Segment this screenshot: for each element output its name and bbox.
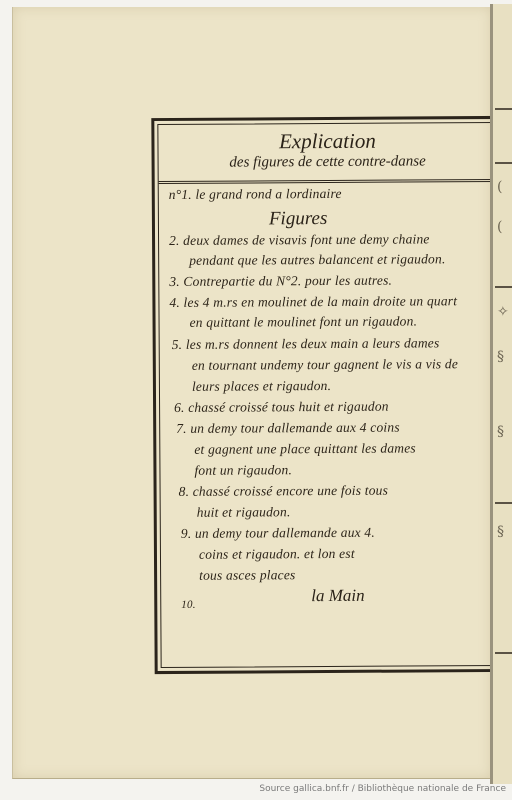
figure-line-9c: tous asces places — [199, 567, 295, 584]
facing-rule — [495, 502, 512, 504]
figure-line-8b: huit et rigaudon. — [197, 504, 291, 521]
page-title: Explication — [158, 129, 496, 153]
figure-line-3: 3. Contrepartie du N°2. pour les autres. — [169, 273, 392, 290]
figure-line-4: 4. les 4 m.rs en moulinet de la main dro… — [169, 293, 457, 311]
ornament-icon: § — [497, 524, 512, 540]
page-subtitle: des figures de cette contre-danse — [159, 151, 497, 173]
figure-line-1: n°1. le grand rond a lordinaire — [169, 186, 342, 203]
main-label: la Main — [311, 586, 364, 606]
ornament-icon: ✧ — [497, 304, 512, 320]
instructions-body: n°1. le grand rond a lordinaire Figures … — [169, 185, 496, 663]
figure-line-9b: coins et rigaudon. et lon est — [199, 546, 355, 563]
figure-line-7c: font un rigaudon. — [194, 462, 292, 479]
figure-line-7b: et gagnent une place quittant les dames — [194, 440, 416, 457]
figure-line-5: 5. les m.rs donnent les deux main a leur… — [172, 335, 440, 353]
facing-page-edge: ( ( ✧ § § § — [490, 4, 512, 784]
figure-line-8: 8. chassé croissé encore une fois tous — [179, 483, 389, 500]
figure-line-4b: en quittant le moulinet font un rigaudon… — [190, 313, 418, 330]
figure-line-2b: pendant que les autres balancent et riga… — [189, 251, 445, 269]
ornament-icon: ( — [497, 219, 512, 235]
source-attribution: Source gallica.bnf.fr / Bibliothèque nat… — [259, 784, 506, 794]
frame-inner-border: Explication des figures de cette contre-… — [157, 122, 500, 668]
figure-line-9: 9. un demy tour dallemande aux 4. — [181, 525, 375, 542]
figure-line-6: 6. chassé croissé tous huit et rigaudon — [174, 399, 389, 416]
book-page: Explication des figures de cette contre-… — [12, 7, 491, 779]
facing-rule — [495, 652, 512, 654]
ornament-icon: ( — [497, 179, 512, 195]
figure-line-5c: leurs places et rigaudon. — [192, 378, 331, 395]
figure-line-2: 2. deux dames de visavis font une demy c… — [169, 231, 430, 249]
figure-line-7: 7. un demy tour dallemande aux 4 coins — [176, 420, 400, 437]
header-box: Explication des figures de cette contre-… — [158, 123, 496, 184]
facing-rule — [495, 108, 512, 110]
ornament-icon: § — [497, 424, 512, 440]
figures-heading: Figures — [269, 208, 328, 230]
figure-line-5b: en tournant undemy tour gagnent le vis a… — [192, 356, 458, 374]
facing-rule — [495, 286, 512, 288]
text-frame: Explication des figures de cette contre-… — [151, 116, 506, 674]
figure-line-10: 10. — [181, 599, 195, 611]
ornament-icon: § — [497, 349, 512, 365]
facing-rule — [495, 162, 512, 164]
